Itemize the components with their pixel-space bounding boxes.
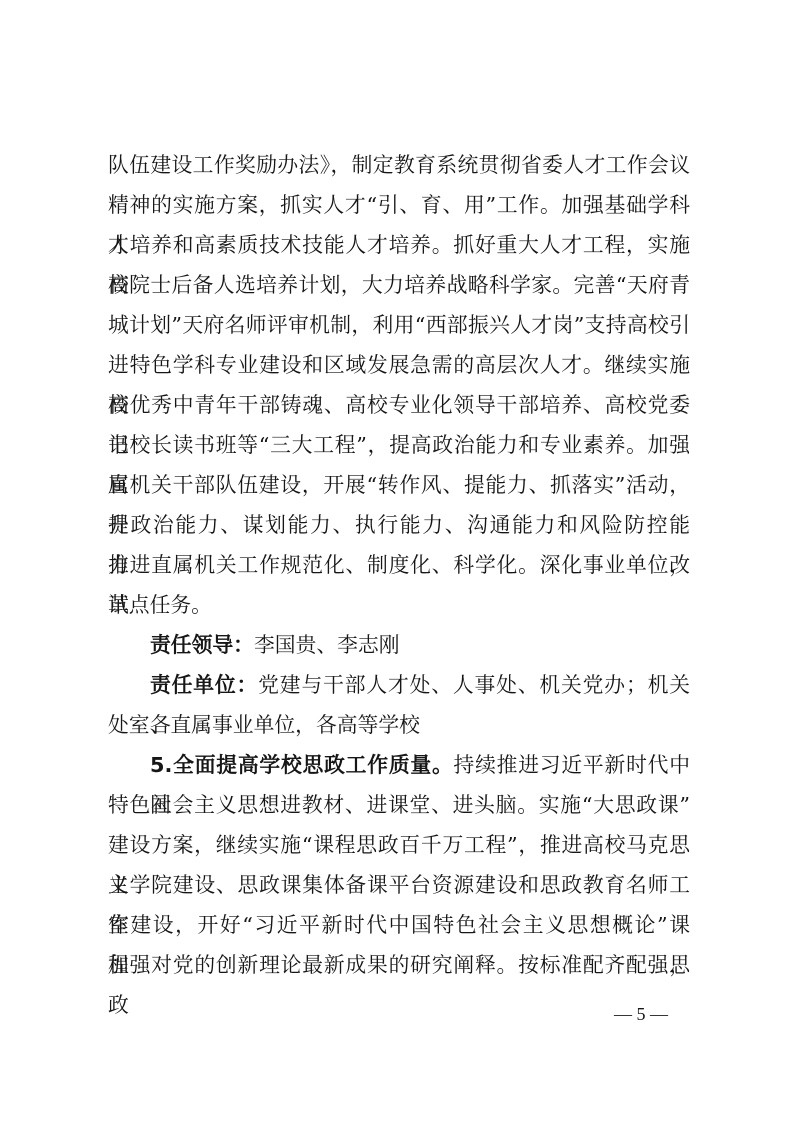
paragraph-line: 室建设，开好“习近平新时代中国特色社会主义思想概论”课程， <box>108 905 690 945</box>
responsible-units-line: 处室、直属事业单位，各高等学校 <box>108 705 690 745</box>
paragraph-line: 记校长读书班等“三大工程”，提高政治能力和专业素养。加强直 <box>108 425 690 465</box>
responsible-leaders-label: 责任领导： <box>150 633 254 657</box>
paragraph-line: 特色社会主义思想进教材、进课堂、进头脑。实施“大思政课” <box>108 785 690 825</box>
paragraph-line: 进特色学科专业建设和区域发展急需的高层次人才。继续实施高 <box>108 345 690 385</box>
paragraph-line: 校优秀中青年干部铸魂、高校专业化领导干部培养、高校党委书 <box>108 385 690 425</box>
paragraph-line: 加强对党的创新理论最新成果的研究阐释。按标准配齐配强思政 <box>108 945 690 985</box>
responsible-units-label: 责任单位： <box>150 673 258 697</box>
paragraph-line: 精神的实施方案，抓实人才“引、育、用”工作。加强基础学科人 <box>108 185 690 225</box>
paragraph-line: 推进直属机关工作规范化、制度化、科学化。深化事业单位改革 <box>108 545 690 585</box>
section-5-first-line: 5.全面提高学校思政工作质量。持续推进习近平新时代中国 <box>150 745 690 785</box>
paragraph-line: 试点任务。 <box>108 585 690 625</box>
paragraph-line: 建设方案，继续实施“课程思政百千万工程”，推进高校马克思主 <box>108 825 690 865</box>
paragraph-line: 升政治能力、谋划能力、执行能力、沟通能力和风险防控能力， <box>108 505 690 545</box>
section-5-heading: 5.全面提高学校思政工作质量。 <box>150 753 454 777</box>
paragraph-line: 义学院建设、思政课集体备课平台资源建设和思政教育名师工作 <box>108 865 690 905</box>
responsible-leaders-value: 李国贵、李志刚 <box>254 633 400 657</box>
paragraph-line: 属机关干部队伍建设，开展“转作风、提能力、抓落实”活动，提 <box>108 465 690 505</box>
responsible-units-first-line: 责任单位：党建与干部人才处、人事处、机关党办；机关各 <box>150 665 690 705</box>
paragraph-line: 校院士后备人选培养计划，大力培养战略科学家。完善“天府青 <box>108 265 690 305</box>
paragraph-line: 队伍建设工作奖励办法》，制定教育系统贯彻省委人才工作会议 <box>108 145 690 185</box>
paragraph-line: 才培养和高素质技术技能人才培养。抓好重大人才工程，实施高 <box>108 225 690 265</box>
paragraph-line: 城计划”天府名师评审机制，利用“西部振兴人才岗”支持高校引 <box>108 305 690 345</box>
responsible-leaders: 责任领导：李国贵、李志刚 <box>150 625 690 665</box>
document-page: 队伍建设工作奖励办法》，制定教育系统贯彻省委人才工作会议 精神的实施方案，抓实人… <box>0 0 793 1122</box>
page-number: — 5 — <box>600 1000 682 1028</box>
